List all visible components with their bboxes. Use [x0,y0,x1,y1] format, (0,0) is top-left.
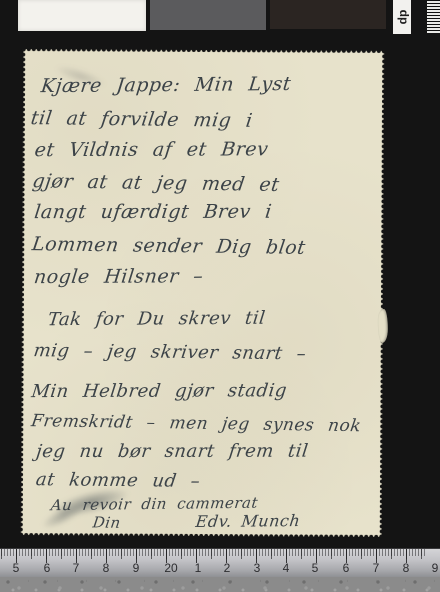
calibration-patch-gray [150,0,266,30]
ruler-number: 20 [164,561,177,575]
ruler-number: 8 [403,561,410,575]
calibration-ruler-ticks [427,0,440,33]
ruler-number: 5 [312,561,319,575]
ruler-number: 7 [373,561,380,575]
calibration-patch-black [270,0,386,29]
ruler-number: 4 [283,561,290,575]
ruler-number: 1 [195,561,202,575]
ruler: 5 6 7 8 9 20 1 2 3 4 5 6 7 8 9 [0,548,440,577]
calibration-label-text: dp [395,10,409,25]
letter-line: et Vildnis af et Brev [33,138,269,161]
perforated-edge-left [18,47,27,537]
letter-line: mig – jeg skriver snart – [32,340,307,364]
perforated-edge-bottom [19,532,384,540]
ruler-number: 7 [73,561,80,575]
letter-line: gjør at at jeg med et [31,170,281,196]
letter-line: Tak for Du skrev til [47,308,267,331]
letter-line: langt ufærdigt Brev i [33,201,273,223]
torn-edge-bump [378,309,388,343]
ruler-number: 2 [224,561,231,575]
perforated-edge-right [379,49,388,539]
letter-signature-din: Din [92,513,122,531]
ruler-number: 9 [432,561,439,575]
letter-line: nogle Hilsner – [33,265,205,288]
letter-line: jeg nu bør snart frem til [35,441,310,462]
ruler-number: 5 [13,561,20,575]
letter-signature-name: Edv. Munch [195,511,302,531]
letter-paper: Kjære Jappe: Min Lyst til at forvilde mi… [21,49,385,537]
scan-photo: dp Kjære Jappe: Min Lyst til at forvilde… [0,0,440,592]
ruler-number: 3 [254,561,261,575]
letter-line: Lommen sender Dig blot [31,233,307,259]
calibration-label: dp [393,0,411,34]
ruler-number: 6 [44,561,51,575]
perforated-edge-top [21,46,386,54]
calibration-patch-white [18,0,146,31]
ruler-number: 9 [133,561,140,575]
letter-line: Kjære Jappe: Min Lyst [40,73,292,97]
letter-line: Fremskridt – men jeg synes nok [30,411,363,436]
letter-line: Min Helbred gjør stadig [30,380,288,402]
calibration-strip: dp [0,0,440,34]
ruler-number: 6 [343,561,350,575]
letter-line: at komme ud – [35,469,202,492]
ruler-number: 8 [103,561,110,575]
letter-line: til at forvilde mig i [29,107,254,132]
table-surface [0,577,440,592]
